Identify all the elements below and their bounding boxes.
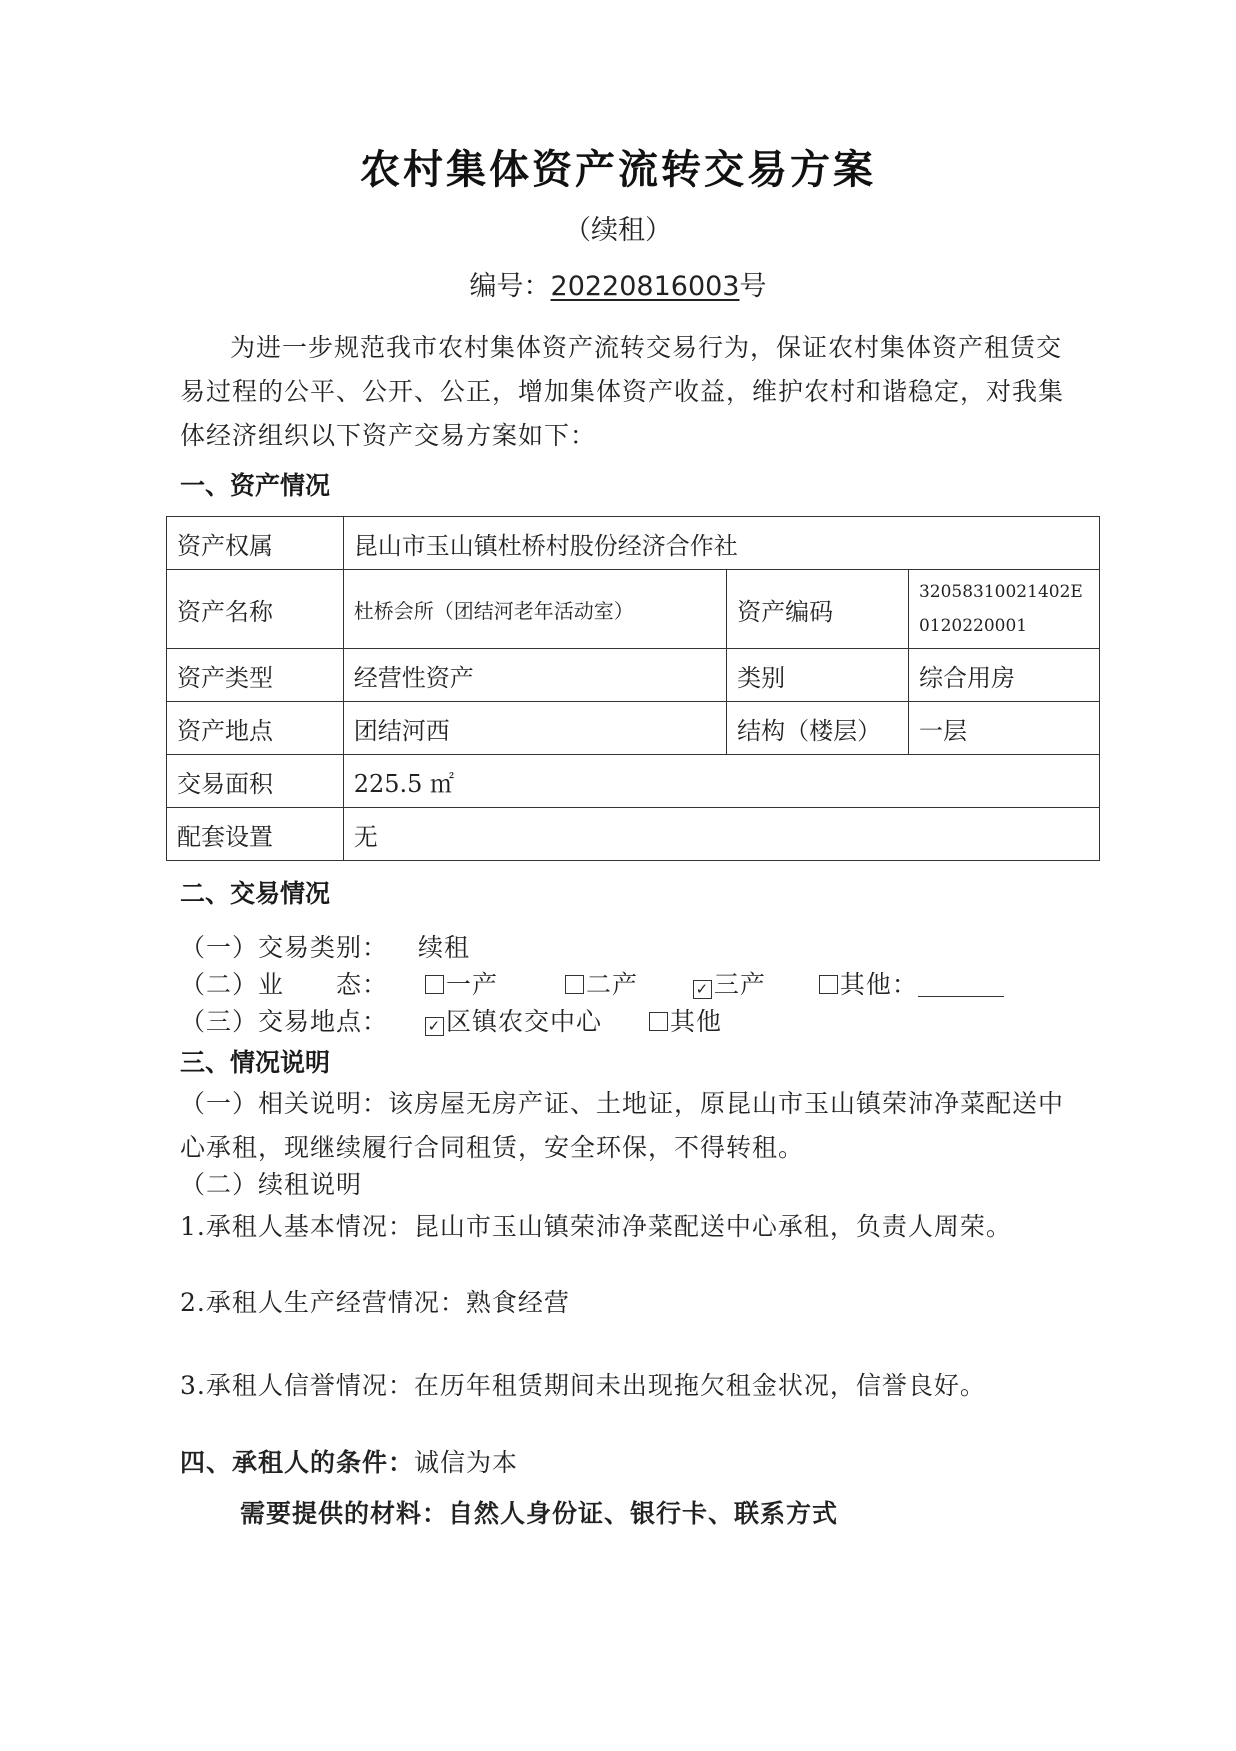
- section4-heading: 四、承租人的条件：: [180, 1448, 414, 1477]
- table-row: 资产类型 经营性资产 类别 综合用房: [167, 649, 1100, 702]
- option-label: 区镇农交中心: [446, 1007, 602, 1036]
- table-row: 配套设置 无: [167, 808, 1100, 861]
- list-item: 2.承租人生产经营情况：熟食经营: [180, 1283, 570, 1319]
- cell-label: 类别: [727, 649, 909, 702]
- trade-type-label: （一）交易类别：: [180, 933, 388, 962]
- checkbox-secondary-industry[interactable]: [565, 975, 584, 994]
- doc-no-value: 20220816003: [551, 271, 740, 302]
- trade-location-line: （三）交易地点： ✓区镇农交中心 其他: [180, 1002, 722, 1038]
- section2-heading: 二、交易情况: [180, 874, 330, 910]
- table-row: 资产名称 杜桥会所（团结河老年活动室） 资产编码 32058310021402E…: [167, 570, 1100, 649]
- document-title: 农村集体资产流转交易方案: [0, 138, 1236, 195]
- cell-value: 杜桥会所（团结河老年活动室）: [343, 570, 726, 649]
- cell-value: 团结河西: [343, 702, 726, 755]
- business-type-line: （二）业 态： 一产 二产 ✓三产 其他：: [180, 965, 1004, 1001]
- checkbox-district-center[interactable]: ✓: [425, 1017, 444, 1036]
- option-label: 三产: [714, 970, 766, 999]
- cell-value: 昆山市玉山镇杜桥村股份经济合作社: [343, 517, 1099, 570]
- cell-value: 经营性资产: [343, 649, 726, 702]
- asset-table: 资产权属 昆山市玉山镇杜桥村股份经济合作社 资产名称 杜桥会所（团结河老年活动室…: [166, 516, 1100, 861]
- checkbox-primary-industry[interactable]: [425, 975, 444, 994]
- option-label: 其他: [670, 1007, 722, 1036]
- cell-label: 资产权属: [167, 517, 344, 570]
- renewal-heading: （二）续租说明: [180, 1165, 362, 1201]
- tenant-condition: 诚信为本: [414, 1448, 518, 1477]
- section4-line: 四、承租人的条件：诚信为本: [180, 1443, 518, 1479]
- option-label: 其他：: [840, 970, 918, 999]
- cell-label: 交易面积: [167, 755, 344, 808]
- checkbox-tertiary-industry[interactable]: ✓: [693, 980, 712, 999]
- asset-code-line2: 0120220001: [919, 609, 1089, 643]
- cell-label: 配套设置: [167, 808, 344, 861]
- cell-label: 资产编码: [727, 570, 909, 649]
- trade-type-line: （一）交易类别：续租: [180, 928, 470, 964]
- asset-code-cell: 32058310021402E 0120220001: [908, 570, 1099, 649]
- cell-value: 无: [343, 808, 1099, 861]
- related-explanation: （一）相关说明：该房屋无房产证、土地证，原昆山市玉山镇荣沛净菜配送中心承租，现继…: [180, 1082, 1080, 1170]
- cell-value: 综合用房: [908, 649, 1099, 702]
- cell-value: 一层: [908, 702, 1099, 755]
- materials-value: 自然人身份证、银行卡、联系方式: [448, 1499, 838, 1528]
- option-label: 一产: [446, 970, 498, 999]
- intro-paragraph: 为进一步规范我市农村集体资产流转交易行为，保证农村集体资产租赁交易过程的公平、公…: [180, 326, 1080, 458]
- cell-value: 225.5 ㎡: [343, 755, 1099, 808]
- materials-line: 需要提供的材料：自然人身份证、银行卡、联系方式: [240, 1494, 838, 1530]
- document-subtitle: （续租）: [0, 208, 1236, 247]
- materials-label: 需要提供的材料：: [240, 1499, 448, 1528]
- table-row: 资产地点 团结河西 结构（楼层） 一层: [167, 702, 1100, 755]
- list-item: 1.承租人基本情况：昆山市玉山镇荣沛净菜配送中心承租，负责人周荣。: [180, 1207, 1012, 1243]
- document-number: 编号：20220816003号: [0, 264, 1236, 303]
- list-item: 3.承租人信誉情况：在历年租赁期间未出现拖欠租金状况，信誉良好。: [180, 1366, 986, 1402]
- cell-label: 结构（楼层）: [727, 702, 909, 755]
- related-label: （一）相关说明：: [180, 1089, 388, 1118]
- location-label: （三）交易地点：: [180, 1007, 388, 1036]
- cell-label: 资产名称: [167, 570, 344, 649]
- option-label: 二产: [586, 970, 638, 999]
- section1-heading: 一、资产情况: [180, 466, 330, 502]
- table-row: 交易面积 225.5 ㎡: [167, 755, 1100, 808]
- doc-no-suffix: 号: [739, 271, 766, 302]
- trade-type-value: 续租: [418, 933, 470, 962]
- cell-label: 资产地点: [167, 702, 344, 755]
- table-row: 资产权属 昆山市玉山镇杜桥村股份经济合作社: [167, 517, 1100, 570]
- doc-no-label: 编号：: [470, 271, 551, 302]
- other-blank-field[interactable]: [918, 974, 1004, 997]
- business-label: （二）业 态：: [180, 970, 388, 999]
- checkbox-other-industry[interactable]: [819, 975, 838, 994]
- section3-heading: 三、情况说明: [180, 1043, 330, 1079]
- checkbox-location-other[interactable]: [649, 1012, 668, 1031]
- asset-code-line1: 32058310021402E: [919, 575, 1089, 609]
- cell-label: 资产类型: [167, 649, 344, 702]
